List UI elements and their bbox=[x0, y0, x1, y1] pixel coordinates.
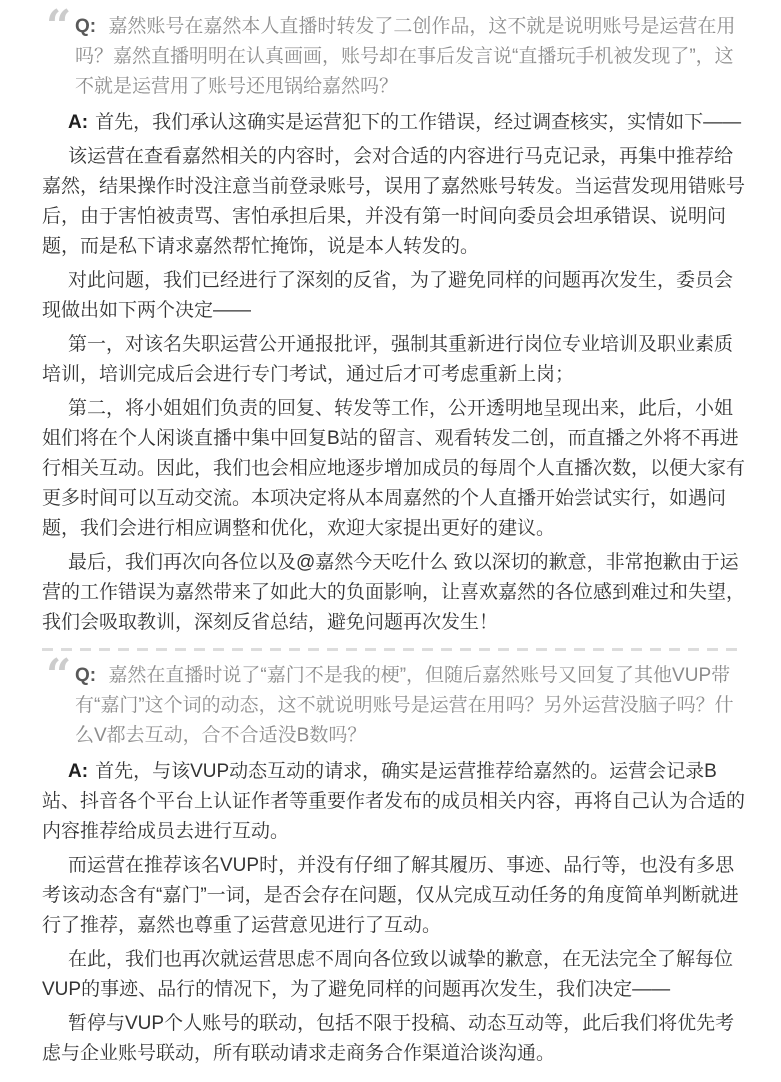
answer-label: A: bbox=[68, 112, 88, 133]
answer-text: 第一，对该名失职运营公开通报批评，强制其重新进行岗位专业培训及职业素质培训，培训… bbox=[42, 334, 733, 385]
question-label: Q: bbox=[75, 665, 96, 686]
answer-paragraph: 在此，我们也再次就运营思虑不周向各位致以诚挚的歉意，在无法完全了解每位VUP的事… bbox=[42, 945, 745, 1005]
answer-paragraph: 暂停与VUP个人账号的联动，包括不限于投稿、动态互动等，此后我们将优先考虑与企业… bbox=[42, 1009, 745, 1069]
answer-paragraph: 对此问题，我们已经进行了深刻的反省，为了避免同样的问题再次发生，委员会现做出如下… bbox=[42, 266, 745, 326]
answer-paragraph: 第二，将小姐姐们负责的回复、转发等工作，公开透明地呈现出来，此后，小姐姐们将在个… bbox=[42, 394, 745, 544]
answer-paragraph: 第一，对该名失职运营公开通报批评，强制其重新进行岗位专业培训及职业素质培训，培训… bbox=[42, 330, 745, 390]
qa-section: “ Q: 嘉然账号在嘉然本人直播时转发了二创作品，这不就是说明账号是运营在用吗？… bbox=[42, 12, 745, 638]
section-divider bbox=[42, 648, 745, 651]
answer-text: 最后，我们再次向各位以及@嘉然今天吃什么 致以深切的歉意，非常抱歉由于运营的工作… bbox=[42, 552, 745, 633]
answer-paragraph: 而运营在推荐该名VUP时，并没有仔细了解其履历、事迹、品行等，也没有多思考该动态… bbox=[42, 851, 745, 941]
answer-paragraph: A:首先，与该VUP动态互动的请求，确实是运营推荐给嘉然的。运营会记录B站、抖音… bbox=[42, 757, 745, 847]
question-block: “ Q: 嘉然在直播时说了“嘉门不是我的梗”，但随后嘉然账号又回复了其他VUP带… bbox=[75, 661, 745, 751]
answer-paragraph: 该运营在查看嘉然相关的内容时，会对合适的内容进行马克记录，再集中推荐给嘉然，结果… bbox=[42, 142, 745, 262]
quote-icon: “ bbox=[46, 5, 71, 49]
answer-text: 该运营在查看嘉然相关的内容时，会对合适的内容进行马克记录，再集中推荐给嘉然，结果… bbox=[42, 146, 745, 257]
answer-paragraph: A:首先，我们承认这确实是运营犯下的工作错误，经过调查核实，实情如下—— bbox=[42, 108, 745, 138]
answer-text: 而运营在推荐该名VUP时，并没有仔细了解其履历、事迹、品行等，也没有多思考该动态… bbox=[42, 855, 739, 936]
question-block: “ Q: 嘉然账号在嘉然本人直播时转发了二创作品，这不就是说明账号是运营在用吗？… bbox=[75, 12, 745, 102]
quote-icon: “ bbox=[46, 654, 71, 698]
answer-paragraph: 最后，我们再次向各位以及@嘉然今天吃什么 致以深切的歉意，非常抱歉由于运营的工作… bbox=[42, 548, 745, 638]
answer-text: 首先，我们承认这确实是运营犯下的工作错误，经过调查核实，实情如下—— bbox=[95, 112, 741, 133]
article-page: “ Q: 嘉然账号在嘉然本人直播时转发了二创作品，这不就是说明账号是运营在用吗？… bbox=[0, 0, 781, 1069]
answer-text: 首先，与该VUP动态互动的请求，确实是运营推荐给嘉然的。运营会记录B站、抖音各个… bbox=[42, 761, 745, 842]
question-label: Q: bbox=[75, 16, 96, 37]
answer-text: 第二，将小姐姐们负责的回复、转发等工作，公开透明地呈现出来，此后，小姐姐们将在个… bbox=[42, 398, 745, 539]
answer-text: 暂停与VUP个人账号的联动，包括不限于投稿、动态互动等，此后我们将优先考虑与企业… bbox=[42, 1013, 734, 1064]
answer-label: A: bbox=[68, 761, 88, 782]
qa-section: “ Q: 嘉然在直播时说了“嘉门不是我的梗”，但随后嘉然账号又回复了其他VUP带… bbox=[42, 661, 745, 1069]
question-text: 嘉然账号在嘉然本人直播时转发了二创作品，这不就是说明账号是运营在用吗？嘉然直播明… bbox=[75, 16, 735, 97]
answer-text: 对此问题，我们已经进行了深刻的反省，为了避免同样的问题再次发生，委员会现做出如下… bbox=[42, 270, 733, 321]
question-text: 嘉然在直播时说了“嘉门不是我的梗”，但随后嘉然账号又回复了其他VUP带有“嘉门”… bbox=[75, 665, 734, 746]
answer-text: 在此，我们也再次就运营思虑不周向各位致以诚挚的歉意，在无法完全了解每位VUP的事… bbox=[42, 949, 733, 1000]
